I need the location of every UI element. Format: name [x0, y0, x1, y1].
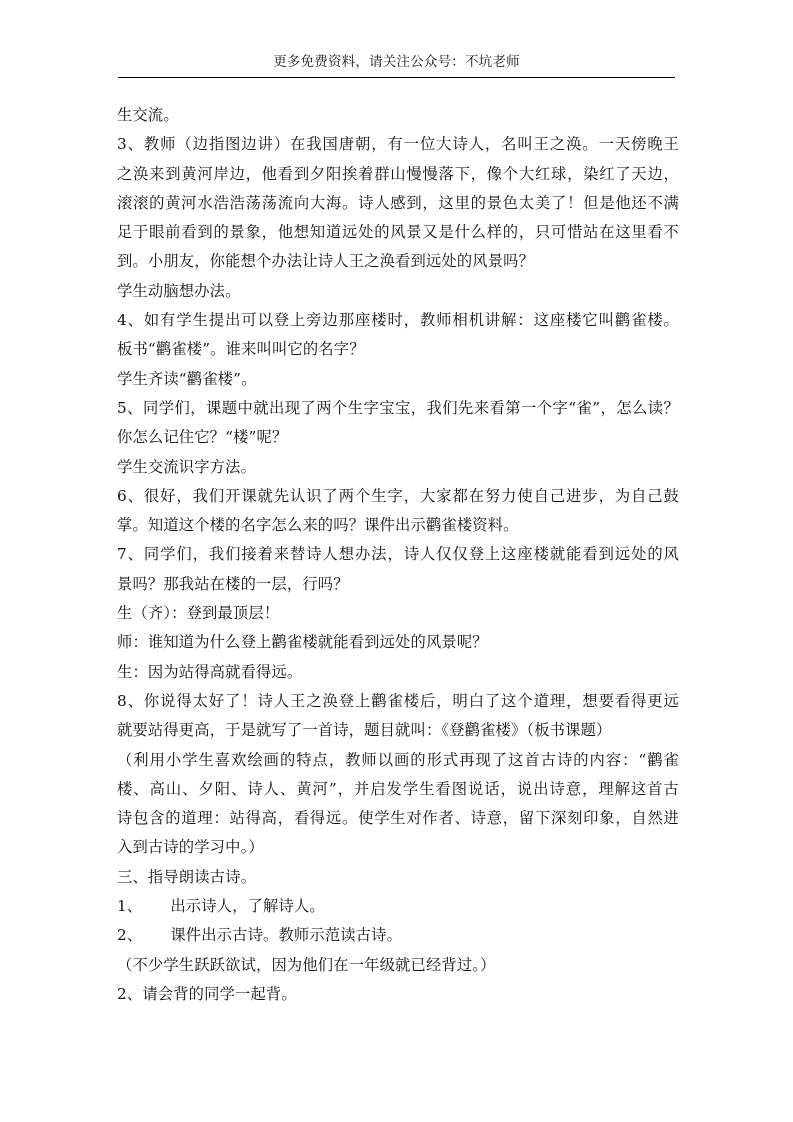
- item-text: 出示诗人，了解诗人。: [170, 897, 324, 915]
- paragraph-line: 板书“鹳雀楼”。谁来叫叫它的名字？: [117, 335, 679, 364]
- paragraph-line: 学生齐读“鹳雀楼”。: [117, 365, 679, 394]
- paragraph-line: 掌。知道这个楼的名字怎么来的吗？课件出示鹳雀楼资料。: [117, 511, 679, 540]
- paragraph-line: 诗包含的道理：站得高，看得远。使学生对作者、诗意，留下深刻印象，自然进: [117, 804, 679, 833]
- paragraph-line: 5、同学们，课题中就出现了两个生字宝宝，我们先来看第一个字“雀”，怎么读？: [117, 394, 679, 423]
- paragraph-line: 学生动脑想办法。: [117, 277, 679, 306]
- document-body: 生交流。 3、教师（边指图边讲）在我国唐朝，有一位大诗人，名叫王之涣。一天傍晚王…: [117, 101, 679, 1009]
- paragraph-line: 学生交流识字方法。: [117, 453, 679, 482]
- paragraph-line: 3、教师（边指图边讲）在我国唐朝，有一位大诗人，名叫王之涣。一天傍晚王: [117, 130, 679, 159]
- document-page: 更多免费资料，请关注公众号：不坑老师 生交流。 3、教师（边指图边讲）在我国唐朝…: [0, 0, 793, 1122]
- numbered-item: 2、课件出示古诗。教师示范读古诗。: [117, 921, 679, 950]
- paragraph-line: 2、请会背的同学一起背。: [117, 980, 679, 1009]
- paragraph-line: 师：谁知道为什么登上鹳雀楼就能看到远处的风景呢？: [117, 628, 679, 657]
- paragraph-line: 到。小朋友，你能想个办法让诗人王之涣看到远处的风景吗？: [117, 247, 679, 276]
- paragraph-line: 7、同学们，我们接着来替诗人想办法，诗人仅仅登上这座楼就能看到远处的风: [117, 540, 679, 569]
- item-number: 1、: [117, 897, 142, 915]
- paragraph-line: 你怎么记住它？“楼”呢？: [117, 423, 679, 452]
- paragraph-line: 就要站得更高，于是就写了一首诗，题目就叫：《登鹳雀楼》（板书课题）: [117, 716, 679, 745]
- paragraph-line: 景吗？那我站在楼的一层，行吗？: [117, 570, 679, 599]
- paragraph-line: 生（齐）：登到最顶层！: [117, 599, 679, 628]
- item-text: 课件出示古诗。教师示范读古诗。: [170, 926, 402, 944]
- paragraph-line: 4、如有学生提出可以登上旁边那座楼时，教师相机讲解：这座楼它叫鹳雀楼。: [117, 306, 679, 335]
- paragraph-line: 生：因为站得高就看得远。: [117, 658, 679, 687]
- paragraph-line: （利用小学生喜欢绘画的特点，教师以画的形式再现了这首古诗的内容：“鹳雀: [117, 746, 679, 775]
- paragraph-line: 楼、高山、夕阳、诗人、黄河”，并启发学生看图说话，说出诗意，理解这首古: [117, 775, 679, 804]
- section-heading: 三、指导朗读古诗。: [117, 863, 679, 892]
- page-header: 更多免费资料，请关注公众号：不坑老师: [118, 52, 675, 78]
- paragraph-line: 8、你说得太好了！诗人王之涣登上鹳雀楼后，明白了这个道理，想要看得更远: [117, 687, 679, 716]
- paragraph-line: 生交流。: [117, 101, 679, 130]
- item-number: 2、: [117, 926, 142, 944]
- paragraph-line: 足于眼前看到的景象，他想知道远处的风景又是什么样的，只可惜站在这里看不: [117, 218, 679, 247]
- paragraph-line: 之涣来到黄河岸边，他看到夕阳挨着群山慢慢落下，像个大红球，染红了天边，: [117, 160, 679, 189]
- paragraph-line: 滚滚的黄河水浩浩荡荡流向大海。诗人感到，这里的景色太美了！但是他还不满: [117, 189, 679, 218]
- paragraph-line: （不少学生跃跃欲试，因为他们在一年级就已经背过。）: [117, 951, 679, 980]
- numbered-item: 1、出示诗人，了解诗人。: [117, 892, 679, 921]
- paragraph-line: 入到古诗的学习中。）: [117, 833, 679, 862]
- paragraph-line: 6、很好，我们开课就先认识了两个生字，大家都在努力使自己进步，为自己鼓: [117, 482, 679, 511]
